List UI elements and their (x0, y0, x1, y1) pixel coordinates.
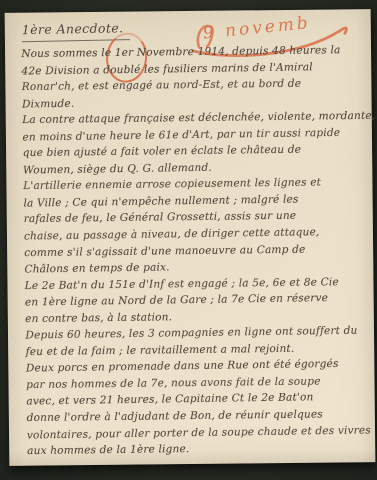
manuscript-line: aux hommes de la 1ère ligne. (27, 439, 372, 460)
red-date-text: 9 novemb (202, 13, 312, 43)
photo-background: 1ère Anecdote. 9 novemb Nous sommes le 1… (0, 0, 377, 480)
manuscript-page: 1ère Anecdote. 9 novemb Nous sommes le 1… (5, 9, 376, 466)
manuscript-text-block: Nous sommes le 1er Novembre 1914, depuis… (21, 41, 372, 460)
